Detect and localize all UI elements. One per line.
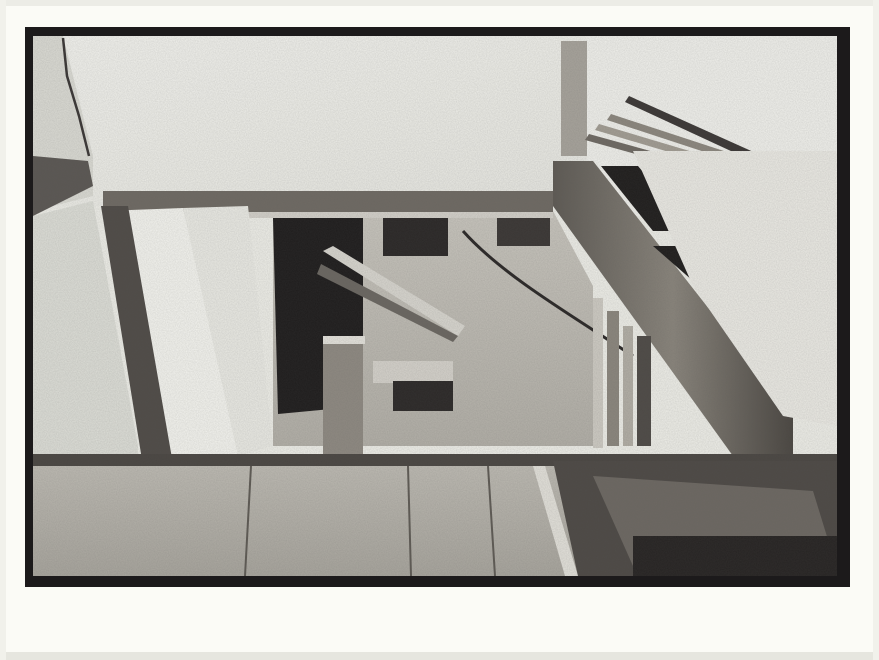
- mount-edge: [0, 0, 6, 660]
- mount-edge: [0, 652, 879, 660]
- photo-mount: [0, 0, 879, 660]
- mount-edge: [0, 0, 879, 6]
- photograph: [33, 36, 837, 576]
- mount-edge: [873, 0, 879, 660]
